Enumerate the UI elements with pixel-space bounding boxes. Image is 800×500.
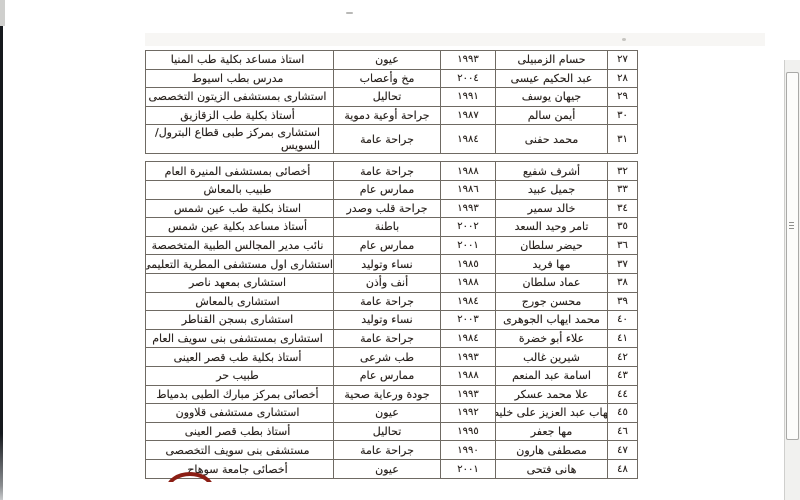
cell-number: ٣٧: [607, 255, 637, 273]
scan-artifact-band: [145, 33, 765, 46]
cell-year: ١٩٨٨: [440, 367, 495, 385]
cell-number: ٤٦: [607, 423, 637, 441]
table-row: ٤٣ اسامة عبد المنعم ١٩٨٨ ممارس عام طبيب …: [146, 367, 637, 386]
table-row: ٣٠ أيمن سالم ١٩٨٧ جراحة أوعية دموية أستا…: [146, 107, 637, 126]
cell-specialty: جراحة أوعية دموية: [333, 107, 440, 125]
cell-year: ١٩٨٨: [440, 274, 495, 292]
table-row: ٤٤ علا محمد عسكر ١٩٩٣ جودة ورعاية صحية أ…: [146, 386, 637, 405]
cell-year: ٢٠٠٤: [440, 70, 495, 88]
cell-number: ٤٨: [607, 460, 637, 479]
cell-workplace: استشارى بالمعاش: [146, 293, 333, 311]
table-row: ٣٢ أشرف شفيع ١٩٨٨ جراحة عامة أخصائى بمست…: [146, 162, 637, 181]
cell-workplace: أستاذ بكلية طب الزقازيق: [146, 107, 333, 125]
cell-number: ٣٨: [607, 274, 637, 292]
scrollbar-grip-icon: [789, 222, 794, 230]
cell-specialty: تحاليل: [333, 88, 440, 106]
cell-name: أيمن سالم: [495, 107, 607, 125]
cell-workplace: طبيب بالمعاش: [146, 181, 333, 199]
cell-specialty: عيون: [333, 404, 440, 422]
cell-specialty: ممارس عام: [333, 181, 440, 199]
cell-year: ١٩٩٣: [440, 200, 495, 218]
cell-specialty: جراحة عامة: [333, 162, 440, 180]
vertical-scrollbar[interactable]: [784, 60, 800, 500]
stamp-arc: [166, 472, 214, 482]
cell-number: ٤٤: [607, 386, 637, 404]
cell-name: مها فريد: [495, 255, 607, 273]
table-row: ٣١ محمد حفنى ١٩٨٤ جراحة عامة استشارى بمر…: [146, 125, 637, 153]
cell-year: ١٩٩١: [440, 88, 495, 106]
table-row: ٤٦ مها جعفر ١٩٩٥ تحاليل أستاذ بطب قصر ال…: [146, 423, 637, 442]
table-row: ٣٦ حيضر سلطان ٢٠٠١ ممارس عام نائب مدير ا…: [146, 237, 637, 256]
table-row: ٣٧ مها فريد ١٩٨٥ نساء وتوليد استشارى اول…: [146, 255, 637, 274]
cell-year: ١٩٨٦: [440, 181, 495, 199]
page-edge-shadow: [0, 26, 3, 500]
cell-number: ٣٦: [607, 237, 637, 255]
cell-number: ٣٤: [607, 200, 637, 218]
cell-specialty: باطنة: [333, 218, 440, 236]
cell-workplace: مدرس بطب اسيوط: [146, 70, 333, 88]
cell-name: علا محمد عسكر: [495, 386, 607, 404]
cell-specialty: جراحة عامة: [333, 330, 440, 348]
table-row: ٣٨ عماد سلطان ١٩٨٨ أنف وأذن استشارى بمعه…: [146, 274, 637, 293]
table-row: ٤٢ شيرين غالب ١٩٩٣ طب شرعى أستاذ بكلية ط…: [146, 348, 637, 367]
cell-specialty: أنف وأذن: [333, 274, 440, 292]
cell-specialty: نساء وتوليد: [333, 311, 440, 329]
cell-name: محمد ايهاب الجوهرى: [495, 311, 607, 329]
cell-year: ١٩٩٣: [440, 386, 495, 404]
cell-workplace: أستاذ بكلية طب قصر العينى: [146, 348, 333, 366]
table-row: ٤٠ محمد ايهاب الجوهرى ٢٠٠٣ نساء وتوليد ا…: [146, 311, 637, 330]
cell-workplace: استشارى بمعهد ناصر: [146, 274, 333, 292]
table-row: ٤١ علاء أبو خضرة ١٩٨٤ جراحة عامة استشارى…: [146, 330, 637, 349]
cell-specialty: عيون: [333, 460, 440, 479]
cell-name: علاء أبو خضرة: [495, 330, 607, 348]
cell-number: ٤٣: [607, 367, 637, 385]
cell-year: ١٩٩٣: [440, 51, 495, 69]
cell-specialty: تحاليل: [333, 423, 440, 441]
cell-number: ٣٢: [607, 162, 637, 180]
table-row: ٤٨ هانى فتحى ٢٠٠١ عيون أخصائى جامعة سوها…: [146, 460, 637, 479]
cell-name: إيهاب عبد العزيز على خليط: [495, 404, 607, 422]
cell-name: عماد سلطان: [495, 274, 607, 292]
scrollbar-thumb[interactable]: [786, 72, 799, 440]
cell-name: تامر وحيد السعد: [495, 218, 607, 236]
table-section: ٣٢ أشرف شفيع ١٩٨٨ جراحة عامة أخصائى بمست…: [145, 161, 638, 479]
cell-workplace: استشارى بمستشفى الزيتون التخصصى: [146, 88, 333, 106]
cell-year: ١٩٩٠: [440, 441, 495, 459]
cell-number: ٢٨: [607, 70, 637, 88]
cell-number: ٢٩: [607, 88, 637, 106]
cell-specialty: جراحة عامة: [333, 293, 440, 311]
cell-workplace: استشارى مستشفى قلاوون: [146, 404, 333, 422]
cell-workplace: استشارى بمركز طبى قطاع البترول/ السويس: [146, 125, 333, 153]
cell-workplace: أخصائى بمستشفى المنيرة العام: [146, 162, 333, 180]
cell-name: جيهان يوسف: [495, 88, 607, 106]
cell-name: مصطفى هارون: [495, 441, 607, 459]
cell-specialty: جراحة عامة: [333, 441, 440, 459]
cell-name: خالد سمير: [495, 200, 607, 218]
cell-name: اسامة عبد المنعم: [495, 367, 607, 385]
cell-number: ٣٥: [607, 218, 637, 236]
cell-name: حسام الزمبيلى: [495, 51, 607, 69]
cell-year: ٢٠٠٣: [440, 311, 495, 329]
table-row: ٤٥ إيهاب عبد العزيز على خليط ١٩٩٢ عيون ا…: [146, 404, 637, 423]
table-row: ٢٨ عبد الحكيم عيسى ٢٠٠٤ مخ وأعصاب مدرس ب…: [146, 70, 637, 89]
cell-number: ٢٧: [607, 51, 637, 69]
cell-year: ٢٠٠١: [440, 460, 495, 479]
scan-speck: [346, 12, 353, 14]
cell-specialty: جراحة قلب وصدر: [333, 200, 440, 218]
cell-year: ١٩٨٤: [440, 330, 495, 348]
cell-year: ١٩٩٢: [440, 404, 495, 422]
cell-name: أشرف شفيع: [495, 162, 607, 180]
cell-workplace: مستشفى بنى سويف التخصصى: [146, 441, 333, 459]
cell-workplace: استشارى اول مستشفى المطرية التعليمى: [146, 255, 333, 273]
cell-specialty: ممارس عام: [333, 367, 440, 385]
cell-workplace: استشارى بسجن القناطر: [146, 311, 333, 329]
cell-workplace: طبيب حر: [146, 367, 333, 385]
table-row: ٢٧ حسام الزمبيلى ١٩٩٣ عيون استاذ مساعد ب…: [146, 51, 637, 70]
cell-specialty: جودة ورعاية صحية: [333, 386, 440, 404]
cell-name: محسن جورج: [495, 293, 607, 311]
cell-specialty: جراحة عامة: [333, 125, 440, 153]
cell-specialty: طب شرعى: [333, 348, 440, 366]
cell-number: ٤١: [607, 330, 637, 348]
cell-workplace: استشارى بمستشفى بنى سويف العام: [146, 330, 333, 348]
scan-speck: [622, 38, 626, 41]
cell-year: ١٩٨٨: [440, 162, 495, 180]
cell-workplace: أخصائى بمركز مبارك الطبى بدمياط: [146, 386, 333, 404]
cell-year: ١٩٩٥: [440, 423, 495, 441]
table-row: ٣٣ جميل عبيد ١٩٨٦ ممارس عام طبيب بالمعاش: [146, 181, 637, 200]
cell-year: ١٩٨٧: [440, 107, 495, 125]
table-row: ٤٧ مصطفى هارون ١٩٩٠ جراحة عامة مستشفى بن…: [146, 441, 637, 460]
table-row: ٢٩ جيهان يوسف ١٩٩١ تحاليل استشارى بمستشف…: [146, 88, 637, 107]
cell-name: جميل عبيد: [495, 181, 607, 199]
cell-year: ٢٠٠١: [440, 237, 495, 255]
cell-year: ١٩٨٤: [440, 125, 495, 153]
cell-year: ١٩٨٥: [440, 255, 495, 273]
cell-workplace: استاذ بكلية طب عين شمس: [146, 200, 333, 218]
cell-specialty: ممارس عام: [333, 237, 440, 255]
cell-number: ٤٥: [607, 404, 637, 422]
cell-name: حيضر سلطان: [495, 237, 607, 255]
cell-name: شيرين غالب: [495, 348, 607, 366]
scan-corner: [0, 0, 5, 26]
cell-name: هانى فتحى: [495, 460, 607, 479]
cell-number: ٣٩: [607, 293, 637, 311]
cell-specialty: عيون: [333, 51, 440, 69]
cell-year: ١٩٨٤: [440, 293, 495, 311]
cell-workplace: نائب مدير المجالس الطبية المتخصصة: [146, 237, 333, 255]
table-row: ٣٩ محسن جورج ١٩٨٤ جراحة عامة استشارى بال…: [146, 293, 637, 312]
table-row: ٣٤ خالد سمير ١٩٩٣ جراحة قلب وصدر استاذ ب…: [146, 200, 637, 219]
cell-year: ٢٠٠٢: [440, 218, 495, 236]
cell-workplace: استاذ مساعد بكلية طب المنيا: [146, 51, 333, 69]
cell-workplace: أستاذ بطب قصر العينى: [146, 423, 333, 441]
table-row: ٣٥ تامر وحيد السعد ٢٠٠٢ باطنة أستاذ مساع…: [146, 218, 637, 237]
cell-specialty: مخ وأعصاب: [333, 70, 440, 88]
cell-specialty: نساء وتوليد: [333, 255, 440, 273]
table-section: ٢٧ حسام الزمبيلى ١٩٩٣ عيون استاذ مساعد ب…: [145, 50, 638, 154]
cell-number: ٤٢: [607, 348, 637, 366]
cell-year: ١٩٩٣: [440, 348, 495, 366]
document-viewer: { "table": { "sections": [ { "rows": [ {…: [0, 0, 800, 500]
doctors-table: ٢٧ حسام الزمبيلى ١٩٩٣ عيون استاذ مساعد ب…: [145, 50, 638, 479]
cell-number: ٣٠: [607, 107, 637, 125]
cell-name: محمد حفنى: [495, 125, 607, 153]
cell-name: مها جعفر: [495, 423, 607, 441]
cell-number: ٣١: [607, 125, 637, 153]
cell-number: ٤٠: [607, 311, 637, 329]
cell-name: عبد الحكيم عيسى: [495, 70, 607, 88]
cell-workplace: أستاذ مساعد بكلية عين شمس: [146, 218, 333, 236]
cell-number: ٣٣: [607, 181, 637, 199]
cell-number: ٤٧: [607, 441, 637, 459]
